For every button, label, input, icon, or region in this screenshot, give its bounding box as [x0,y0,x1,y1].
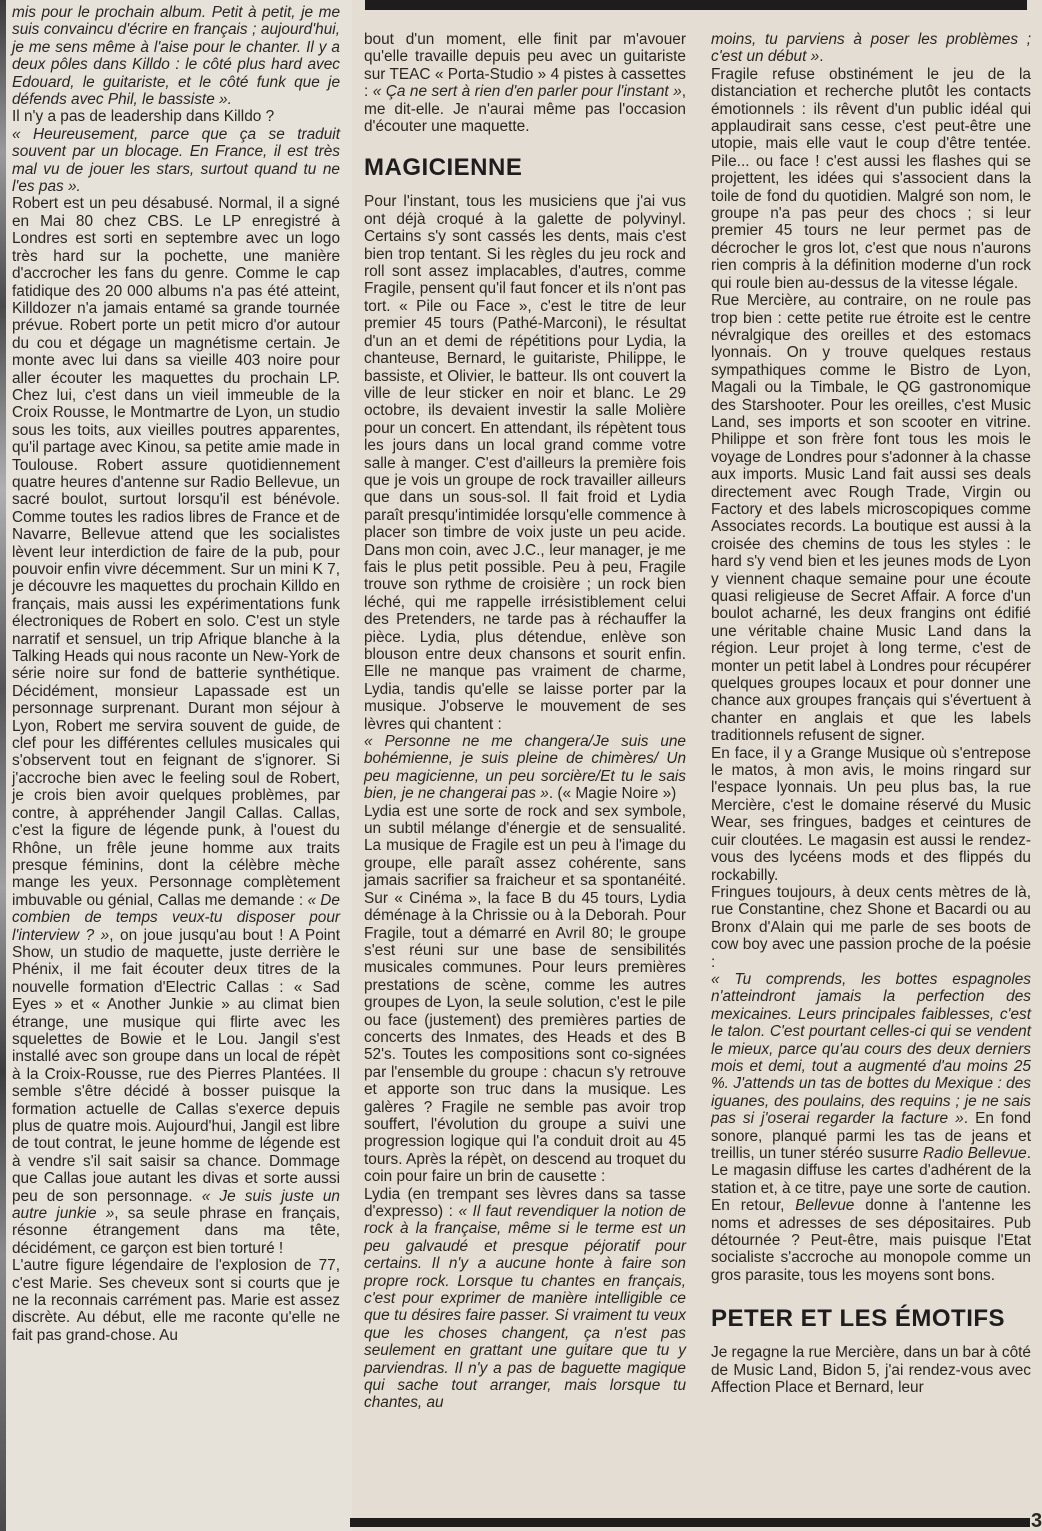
body-text: Il n'y a pas de leadership dans Killdo ? [12,108,274,125]
article-column-2: bout d'un moment, elle finit par m'avoue… [364,31,686,1412]
page-number: 3 [1031,1510,1042,1531]
body-text: . [819,48,823,65]
body-text: Rue Mercière, au contraire, on ne roule … [711,292,1031,744]
quote-text: Radio Bellevue [923,1145,1027,1162]
body-text: Pour l'instant, tous les musiciens que j… [364,193,686,732]
section-heading-peter-et-les-emotifs: PETER ET LES ÉMOTIFS [711,1306,1031,1332]
article-column-1: mis pour le prochain album. Petit à peti… [12,4,340,1344]
article-paragraph: Je regagne la rue Mercière, dans un bar … [711,1344,1031,1396]
article-paragraph: Il n'y a pas de leadership dans Killdo ? [12,108,340,125]
article-paragraph: « Heureusement, parce que ça se traduit … [12,126,340,196]
article-paragraph: L'autre figure légendaire de l'explosion… [12,1257,340,1344]
article-paragraph: « Personne ne me changera/Je suis une bo… [364,733,686,803]
body-text: . (« Magie Noire ») [549,785,676,802]
article-paragraph: mis pour le prochain album. Petit à peti… [12,4,340,108]
article-paragraph: Lydia est une sorte de rock and sex symb… [364,803,686,1186]
article-paragraph: Pour l'instant, tous les musiciens que j… [364,193,686,733]
quote-text: « Ça ne sert à rien d'en parler pour l'i… [373,83,682,100]
article-paragraph: En face, il y a Grange Musique où s'entr… [711,745,1031,884]
body-text: L'autre figure légendaire de l'explosion… [12,1257,340,1344]
quote-text: moins, tu parviens à poser les problèmes… [711,31,1031,65]
body-text: , on joue jusqu'au bout ! A Point Show, … [12,927,340,1205]
section-heading-magicienne: MAGICIENNE [364,155,686,181]
quote-text: « Heureusement, parce que ça se traduit … [12,126,340,195]
article-paragraph: Lydia (en trempant ses lèvres dans sa ta… [364,1186,686,1412]
body-text: En face, il y a Grange Musique où s'entr… [711,745,1031,884]
article-paragraph: moins, tu parviens à poser les problèmes… [711,31,1031,66]
quote-text: Bellevue [795,1197,854,1214]
article-paragraph: bout d'un moment, elle finit par m'avoue… [364,31,686,135]
column-2-body: Pour l'instant, tous les musiciens que j… [364,193,686,1411]
column-2-intro: bout d'un moment, elle finit par m'avoue… [364,31,686,135]
column-3-after-heading: Je regagne la rue Mercière, dans un bar … [711,1344,1031,1396]
body-text: Fragile refuse obstinément le jeu de la … [711,66,1031,292]
article-paragraph: Fringues toujours, à deux cents mètres d… [711,884,1031,971]
body-text: Je regagne la rue Mercière, dans un bar … [711,1344,1031,1396]
quote-text: « Tu comprends, les bottes espagnoles n'… [711,971,1031,1127]
article-paragraph: Rue Mercière, au contraire, on ne roule … [711,292,1031,745]
body-text: Robert est un peu désabusé. Normal, il a… [12,195,340,908]
body-text: Fringues toujours, à deux cents mètres d… [711,884,1031,971]
bottom-rule-bar [350,1518,1030,1527]
article-paragraph: Robert est un peu désabusé. Normal, il a… [12,195,340,1257]
column-3-body: moins, tu parviens à poser les problèmes… [711,31,1031,1284]
top-rule-bar [365,0,1027,10]
article-column-3: moins, tu parviens à poser les problèmes… [711,31,1031,1396]
article-paragraph: « Tu comprends, les bottes espagnoles n'… [711,971,1031,1284]
quote-text: « Il faut revendiquer la notion de rock … [364,1203,686,1411]
photo-edge-strip [0,0,6,1531]
article-paragraph: Fragile refuse obstinément le jeu de la … [711,66,1031,292]
body-text: Lydia est une sorte de rock and sex symb… [364,803,686,1186]
quote-text: mis pour le prochain album. Petit à peti… [12,4,340,108]
